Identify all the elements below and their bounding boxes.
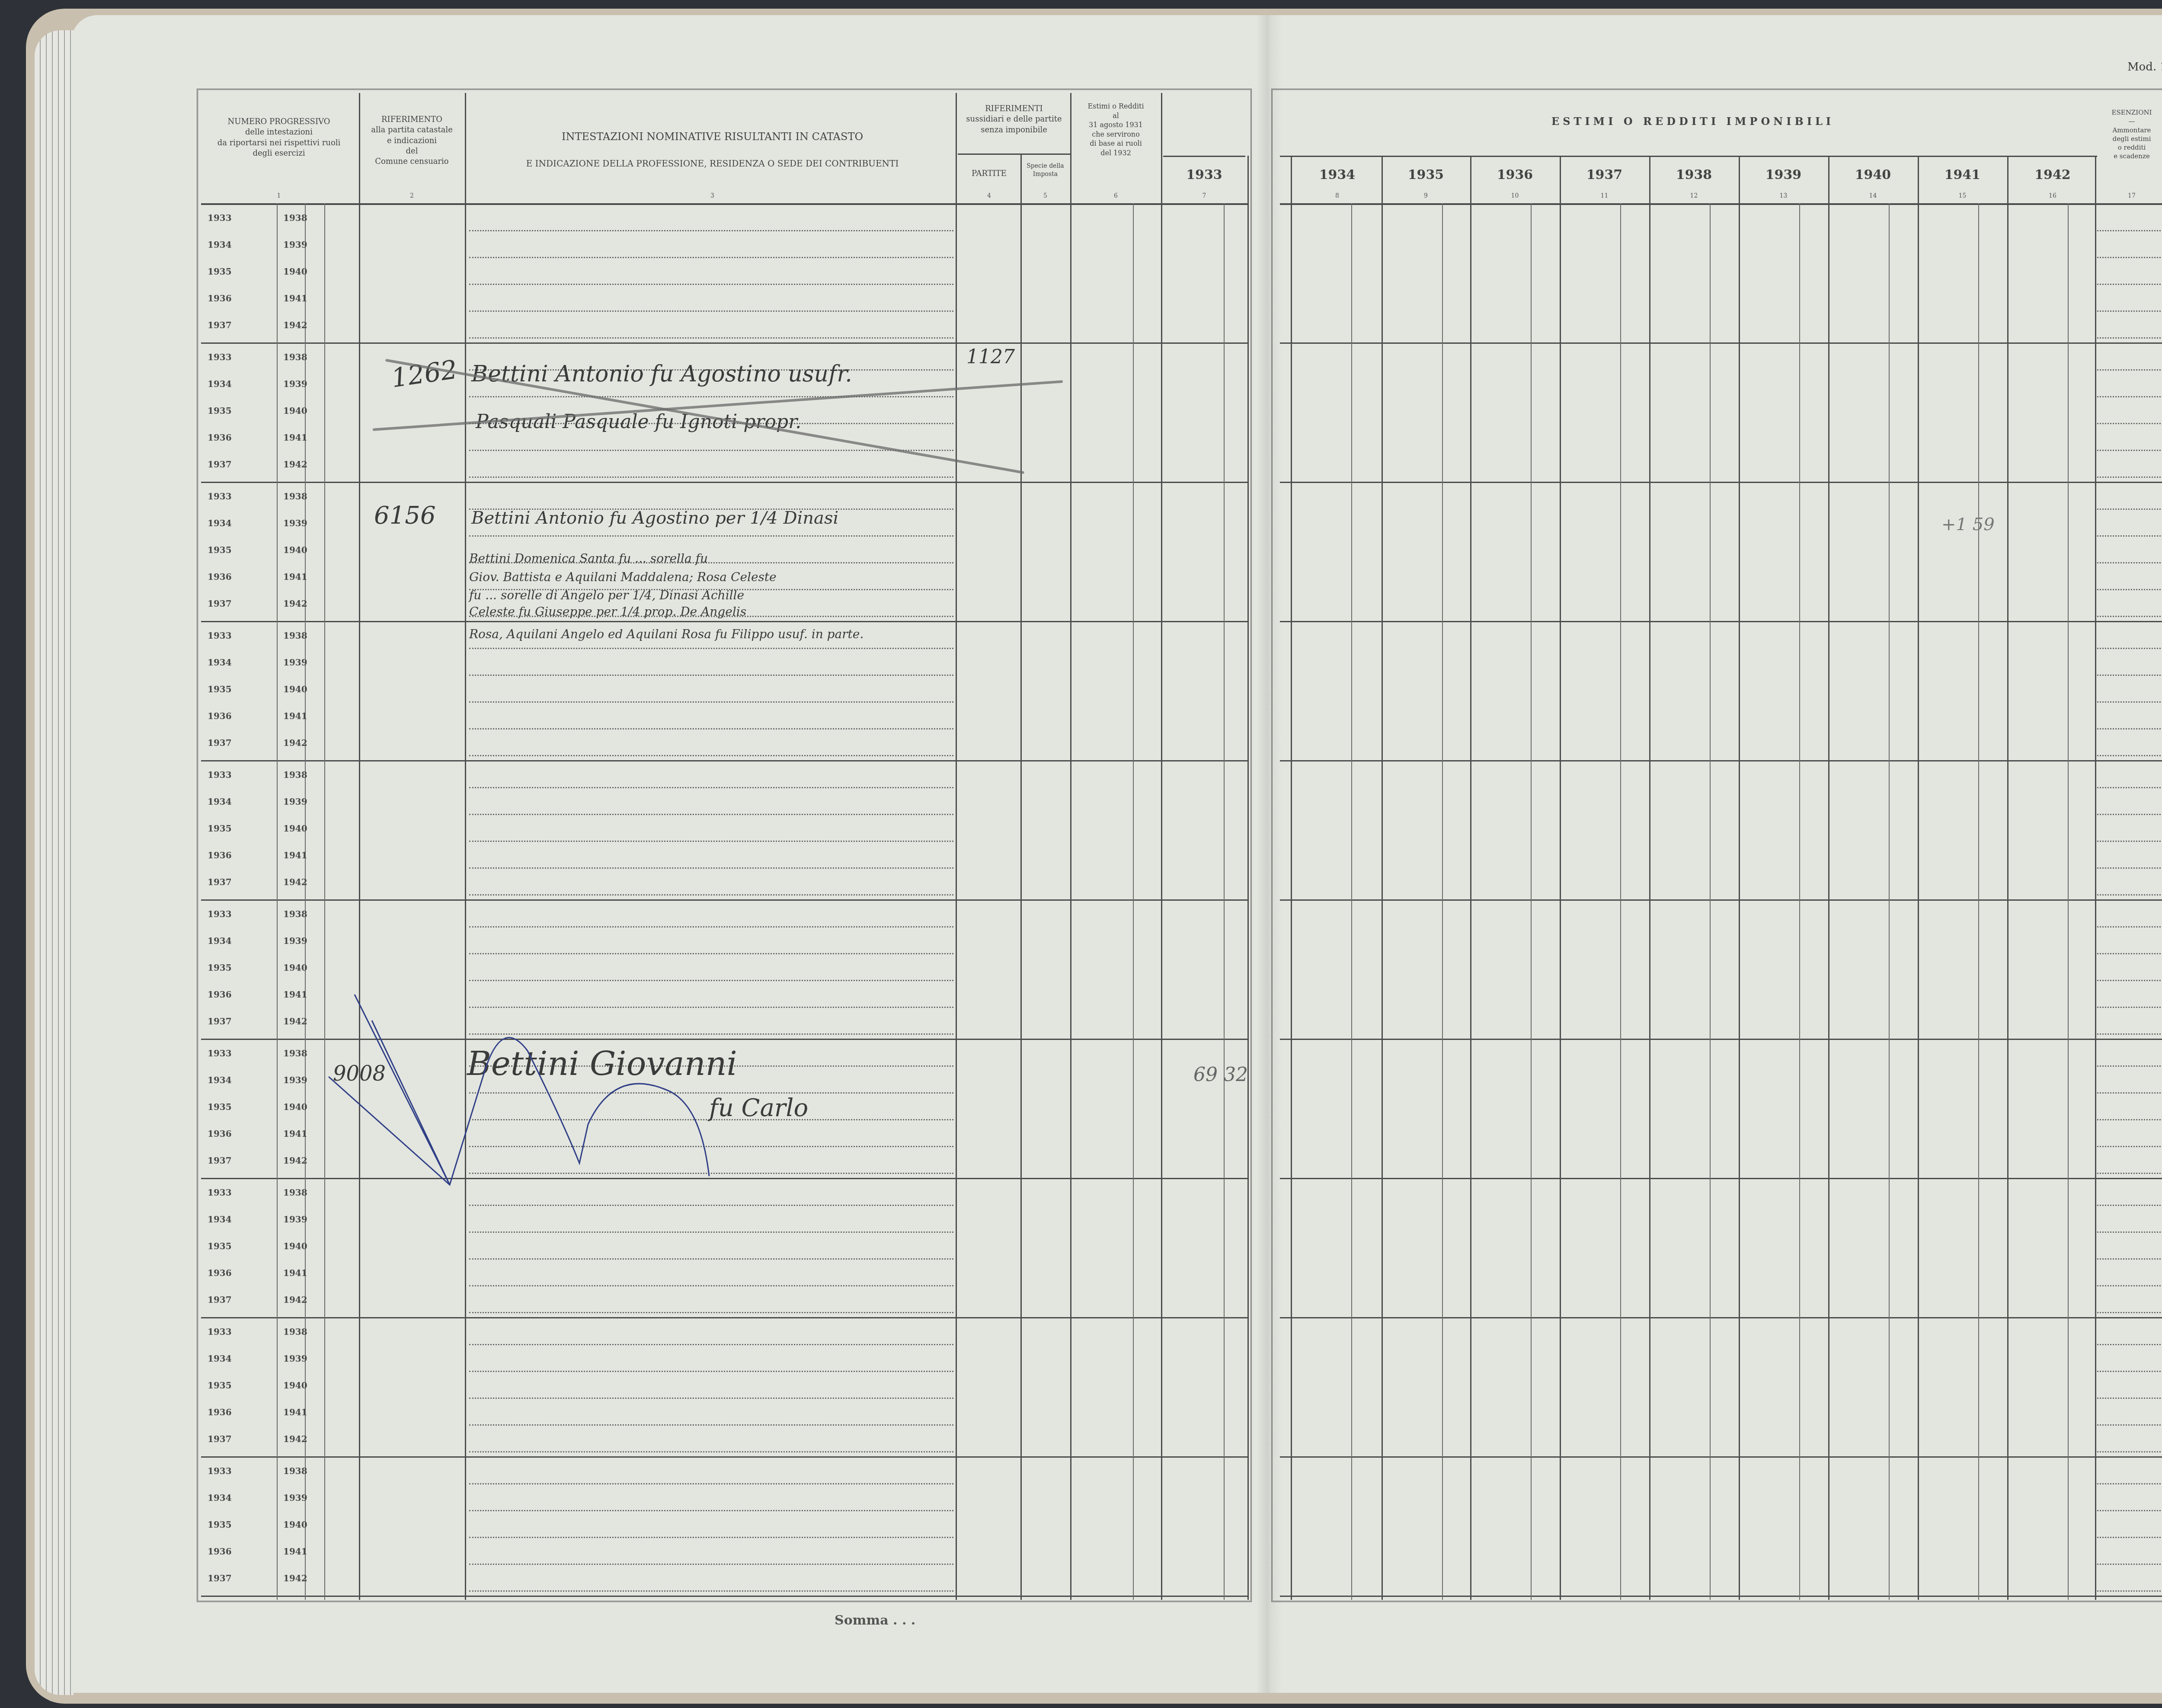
- col2-number: 2: [361, 192, 463, 199]
- entry-owner-line: Bettini Antonio fu Agostino per 1/4 Dina…: [471, 508, 838, 528]
- column-rule: [1291, 156, 1292, 1600]
- year-header-1937: 1937: [1560, 166, 1649, 184]
- dotted-entry-line: [2097, 728, 2162, 729]
- dotted-entry-line: [469, 953, 953, 954]
- row-year-label: 1939: [283, 1214, 307, 1225]
- dotted-entry-line: [2097, 675, 2162, 676]
- dotted-entry-line: [469, 1371, 953, 1372]
- row-year-label: 1933: [208, 1327, 232, 1337]
- row-year-label: 1937: [208, 1155, 232, 1166]
- col2-line: Comune censuario: [361, 157, 463, 167]
- header-bottom-rule: [201, 203, 1247, 205]
- dotted-entry-line: [2097, 841, 2162, 842]
- subheader-rule: [1280, 156, 2097, 157]
- row-year-label: 1936: [208, 711, 232, 721]
- dotted-entry-line: [469, 894, 953, 896]
- entry-owner-line: Pasquali Pasquale fu Ignoti propr.: [476, 411, 801, 433]
- row-year-label: 1937: [208, 320, 232, 330]
- row-year-label: 1935: [208, 1519, 232, 1530]
- col3-title: INTESTAZIONI NOMINATIVE RISULTANTI IN CA…: [467, 130, 958, 144]
- col2-title: RIFERIMENTO: [361, 115, 463, 125]
- col6-title: Estimi o Redditi: [1071, 102, 1160, 111]
- dotted-entry-line: [469, 814, 953, 815]
- dotted-entry-line: [2097, 814, 2162, 815]
- dotted-entry-line: [469, 648, 953, 649]
- dotted-entry-line: [469, 787, 953, 788]
- row-year-label: 1938: [283, 770, 307, 780]
- dotted-entry-line: [2097, 1483, 2162, 1484]
- row-year-label: 1940: [283, 266, 307, 277]
- col-number: 14: [1828, 192, 1918, 199]
- dotted-entry-line: [2097, 926, 2162, 928]
- row-year-label: 1938: [283, 1187, 307, 1198]
- dotted-entry-line: [2097, 787, 2162, 788]
- dotted-entry-line: [2097, 310, 2162, 312]
- dotted-entry-line: [469, 867, 953, 869]
- row-year-label: 1937: [208, 1573, 232, 1583]
- header-column-rule: [1020, 154, 1022, 203]
- row-year-label: 1942: [283, 877, 307, 887]
- row-block-rule: [1280, 899, 2162, 901]
- row-year-label: 1938: [283, 1327, 307, 1337]
- dotted-entry-line: [2097, 1371, 2162, 1372]
- dotted-entry-line: [469, 1510, 953, 1511]
- row-block-rule: [201, 899, 1247, 901]
- row-block-rule: [201, 1317, 1247, 1318]
- column-rule: [1918, 156, 1919, 1600]
- entry-owner-line: fu ... sorelle di Angelo per 1/4, Dinasi…: [469, 588, 744, 602]
- dotted-entry-line: [469, 1344, 953, 1345]
- dotted-entry-line: [2097, 1205, 2162, 1206]
- subheader-rule: [958, 154, 1070, 155]
- row-year-label: 1934: [208, 518, 232, 528]
- col2-line: alla partita catastale: [361, 125, 463, 135]
- row-year-label: 1939: [283, 796, 307, 807]
- entry-owner-line: Giov. Battista e Aquilani Maddalena; Ros…: [469, 570, 777, 584]
- row-year-label: 1935: [208, 266, 232, 277]
- row-year-label: 1941: [283, 850, 307, 860]
- dotted-entry-line: [469, 1483, 953, 1484]
- col-number: 8: [1293, 192, 1382, 199]
- dotted-entry-line: [2097, 477, 2162, 478]
- form-id-prefix: Mod. 111 - Imposte Dirette (: [2127, 61, 2162, 74]
- dotted-entry-line: [2097, 1398, 2162, 1399]
- row-year-label: 1938: [283, 213, 307, 223]
- cents-column-rule: [1978, 203, 1979, 1600]
- row-year-label: 1936: [208, 1268, 232, 1278]
- col-number: 12: [1649, 192, 1739, 199]
- column-rule: [1070, 203, 1071, 1600]
- row-year-label: 1941: [283, 711, 307, 721]
- header-column-rule: [1247, 156, 1249, 203]
- year-header-1936: 1936: [1470, 166, 1560, 184]
- dotted-entry-line: [469, 396, 953, 397]
- column-rule: [1470, 156, 1471, 1600]
- row-block-rule: [1280, 621, 2162, 622]
- row-year-label: 1942: [283, 320, 307, 330]
- column-rule: [2007, 156, 2008, 1600]
- dotted-entry-line: [469, 1285, 953, 1286]
- col-number: 9: [1382, 192, 1470, 199]
- dotted-entry-line: [2097, 867, 2162, 869]
- entry-owner-line: Rosa, Aquilani Angelo ed Aquilani Rosa f…: [469, 627, 864, 641]
- row-year-label: 1937: [208, 738, 232, 748]
- cents-column-rule: [1531, 203, 1532, 1600]
- dotted-entry-line: [2097, 1092, 2162, 1094]
- row-year-label: 1935: [208, 963, 232, 973]
- col-number: 15: [1918, 192, 2007, 199]
- cents-column-rule: [1442, 203, 1443, 1600]
- row-year-label: 1938: [283, 630, 307, 641]
- year-header-1941: 1941: [1918, 166, 2007, 184]
- row-year-label: 1935: [208, 684, 232, 694]
- dotted-entry-line: [2097, 1119, 2162, 1120]
- form-identifier: Mod. 111 - Imposte Dirette (Intercalare)…: [2127, 61, 2162, 74]
- cents-column-rule: [1710, 203, 1711, 1600]
- year-header-1935: 1935: [1382, 166, 1470, 184]
- dotted-entry-line: [2097, 1033, 2162, 1035]
- dotted-entry-line: [2097, 1258, 2162, 1260]
- dotted-entry-line: [469, 477, 953, 478]
- row-year-label: 1939: [283, 1075, 307, 1085]
- col6-line: di base ai ruoli: [1071, 139, 1160, 148]
- dotted-entry-line: [2097, 1424, 2162, 1426]
- year-header-1938: 1938: [1649, 166, 1739, 184]
- row-year-label: 1937: [208, 459, 232, 470]
- header-column-rule: [1161, 93, 1162, 203]
- row-year-label: 1934: [208, 240, 232, 250]
- dotted-entry-line: [2097, 1451, 2162, 1452]
- column-rule: [359, 203, 360, 1600]
- dotted-entry-line: [2097, 648, 2162, 649]
- cents-column-rule: [1620, 203, 1621, 1600]
- dotted-entry-line: [469, 1590, 953, 1592]
- dotted-entry-line: [2097, 257, 2162, 258]
- col1-line: delle intestazioni: [201, 127, 357, 138]
- row-year-label: 1935: [208, 545, 232, 555]
- row-year-label: 1933: [208, 1187, 232, 1198]
- dotted-entry-line: [469, 701, 953, 703]
- entry-value-1941: +1 59: [1941, 515, 1995, 534]
- col17-title: ESENZIONI: [2095, 108, 2162, 117]
- cents-column-rule: [1799, 203, 1800, 1600]
- row-year-label: 1940: [283, 1519, 307, 1530]
- column-rule: [324, 203, 325, 1600]
- col3-subtitle: E INDICAZIONE DELLA PROFESSIONE, RESIDEN…: [467, 158, 958, 170]
- dotted-entry-line: [2097, 1007, 2162, 1008]
- row-year-label: 1934: [208, 1214, 232, 1225]
- col1-title: NUMERO PROGRESSIVO: [201, 117, 357, 127]
- dotted-entry-line: [469, 337, 953, 339]
- dotted-entry-line: [469, 1537, 953, 1538]
- row-block-rule: [1280, 1039, 2162, 1040]
- column-rule: [1224, 203, 1225, 1600]
- row-block-rule: [1280, 1596, 2162, 1597]
- row-year-label: 1939: [283, 240, 307, 250]
- row-year-label: 1941: [283, 572, 307, 582]
- header-bottom-rule: [1280, 203, 2162, 205]
- row-year-label: 1941: [283, 1129, 307, 1139]
- row-year-label: 1940: [283, 823, 307, 834]
- col6-number: 6: [1071, 192, 1160, 199]
- entry-partita-number: 6156: [374, 502, 436, 530]
- row-block-rule: [201, 621, 1247, 622]
- dotted-entry-line: [2097, 396, 2162, 397]
- dotted-entry-line: [469, 728, 953, 729]
- dotted-entry-line: [2097, 450, 2162, 451]
- row-year-label: 1936: [208, 432, 232, 443]
- col1-number: 1: [201, 192, 357, 199]
- dotted-entry-line: [2097, 894, 2162, 896]
- col2-line: e indicazioni: [361, 136, 463, 146]
- row-year-label: 1933: [208, 1048, 232, 1059]
- cents-column-rule: [1351, 203, 1352, 1600]
- row-block-rule: [1280, 1178, 2162, 1179]
- col7-year: 1933: [1161, 166, 1247, 184]
- row-year-label: 1933: [208, 1466, 232, 1476]
- dotted-entry-line: [2097, 1537, 2162, 1538]
- row-year-label: 1938: [283, 491, 307, 502]
- sum-row-label: Somma . . .: [835, 1613, 915, 1628]
- dotted-entry-line: [2097, 755, 2162, 756]
- subheader-rule: [1163, 156, 1245, 157]
- column-rule: [1739, 156, 1740, 1600]
- col5-title: Specie della Imposta: [1020, 162, 1070, 179]
- row-year-label: 1933: [208, 491, 232, 502]
- row-year-label: 1939: [283, 1353, 307, 1364]
- dotted-entry-line: [469, 841, 953, 842]
- row-block-rule: [1280, 342, 2162, 344]
- row-year-label: 1942: [283, 1573, 307, 1583]
- header-column-rule: [359, 93, 360, 203]
- row-year-label: 1940: [283, 963, 307, 973]
- row-year-label: 1939: [283, 518, 307, 528]
- row-year-label: 1941: [283, 1268, 307, 1278]
- row-year-label: 1941: [283, 1546, 307, 1557]
- row-block-rule: [201, 1456, 1247, 1458]
- col2-header: RIFERIMENTO alla partita catastale e ind…: [361, 115, 463, 167]
- dotted-entry-line: [2097, 1146, 2162, 1147]
- col17-line: e scadenze: [2095, 152, 2162, 160]
- column-rule: [1828, 156, 1829, 1600]
- column-rule: [1020, 203, 1022, 1600]
- left-table-frame: [197, 89, 1252, 1602]
- row-block-rule: [201, 482, 1247, 483]
- dotted-entry-line: [2097, 589, 2162, 590]
- row-block-rule: [1280, 482, 2162, 483]
- dotted-entry-line: [469, 284, 953, 285]
- col6-line: al: [1071, 111, 1160, 121]
- row-year-label: 1935: [208, 823, 232, 834]
- row-block-rule: [201, 342, 1247, 344]
- column-rule: [1247, 203, 1249, 1600]
- dotted-entry-line: [2097, 953, 2162, 954]
- dotted-entry-line: [2097, 1344, 2162, 1345]
- row-year-label: 1938: [283, 352, 307, 362]
- header-column-rule: [465, 93, 466, 203]
- col4-title: PARTITE: [958, 169, 1020, 179]
- dotted-entry-line: [2097, 423, 2162, 424]
- row-year-label: 1936: [208, 1407, 232, 1417]
- column-rule: [1560, 156, 1561, 1600]
- column-rule: [956, 203, 957, 1600]
- dotted-entry-line: [2097, 535, 2162, 537]
- row-year-label: 1937: [208, 877, 232, 887]
- entry-value-1933: 69 32: [1193, 1064, 1248, 1086]
- cents-column-rule: [2068, 203, 2069, 1600]
- column-rule: [465, 203, 466, 1600]
- row-year-label: 1934: [208, 1075, 232, 1085]
- row-year-label: 1942: [283, 1016, 307, 1027]
- dotted-entry-line: [2097, 980, 2162, 981]
- row-year-label: 1935: [208, 406, 232, 416]
- entry-ref-partite: 1127: [966, 346, 1015, 368]
- row-year-label: 1937: [208, 1295, 232, 1305]
- year-header-1934: 1934: [1293, 166, 1382, 184]
- row-year-label: 1933: [208, 630, 232, 641]
- row-year-label: 1936: [208, 850, 232, 860]
- row-year-label: 1939: [283, 657, 307, 668]
- row-year-label: 1939: [283, 1493, 307, 1503]
- col17-line: o redditi: [2095, 143, 2162, 152]
- dotted-entry-line: [2097, 1231, 2162, 1233]
- row-block-rule: [1280, 760, 2162, 761]
- col1-line: da riportarsi nei rispettivi ruoli: [201, 138, 357, 148]
- col5-number: 5: [1020, 192, 1070, 199]
- col6-line: 31 agosto 1931: [1071, 120, 1160, 130]
- row-year-label: 1941: [283, 1407, 307, 1417]
- row-year-label: 1940: [283, 1380, 307, 1391]
- row-year-label: 1935: [208, 1241, 232, 1251]
- blue-cancellation-mark: [320, 982, 882, 1198]
- col-number: 10: [1470, 192, 1560, 199]
- dotted-entry-line: [2097, 509, 2162, 510]
- row-year-label: 1933: [208, 352, 232, 362]
- col6-line: che servirono: [1071, 130, 1160, 139]
- row-year-label: 1933: [208, 770, 232, 780]
- row-year-label: 1940: [283, 1241, 307, 1251]
- dotted-entry-line: [469, 257, 953, 258]
- row-block-rule: [201, 760, 1247, 761]
- dotted-entry-line: [2097, 1285, 2162, 1286]
- dotted-entry-line: [469, 1451, 953, 1452]
- row-year-label: 1937: [208, 598, 232, 609]
- row-year-label: 1941: [283, 989, 307, 1000]
- col6-line: del 1932: [1071, 148, 1160, 158]
- row-year-label: 1936: [208, 572, 232, 582]
- row-year-label: 1936: [208, 293, 232, 304]
- estimi-group-title: ESTIMI O REDDITI IMPONIBILI: [1293, 115, 2093, 128]
- row-year-label: 1934: [208, 657, 232, 668]
- entry-owner-line: Bettini Domenica Santa fu ... sorella fu: [469, 551, 708, 566]
- dotted-entry-line: [2097, 1312, 2162, 1313]
- dotted-entry-line: [469, 535, 953, 537]
- dotted-entry-line: [2097, 562, 2162, 563]
- row-block-rule: [201, 1596, 1247, 1597]
- dotted-entry-line: [469, 926, 953, 928]
- year-header-1939: 1939: [1739, 166, 1828, 184]
- year-header-1942: 1942: [2007, 166, 2098, 184]
- row-year-label: 1934: [208, 936, 232, 946]
- col3-number: 3: [467, 192, 958, 199]
- dotted-entry-line: [2097, 1590, 2162, 1592]
- entry-owner-line: Bettini Antonio fu Agostino usufr.: [471, 361, 852, 387]
- dotted-entry-line: [469, 675, 953, 676]
- column-rule: [1133, 203, 1134, 1600]
- entry-owner-line: Celeste fu Giuseppe per 1/4 prop. De Ang…: [469, 605, 746, 619]
- row-year-label: 1940: [283, 545, 307, 555]
- col1-header: NUMERO PROGRESSIVO delle intestazioni da…: [201, 117, 357, 159]
- col17-dash: —: [2095, 117, 2162, 125]
- dotted-entry-line: [469, 1312, 953, 1313]
- row-year-label: 1936: [208, 989, 232, 1000]
- row-year-label: 1940: [283, 1102, 307, 1112]
- column-rule: [1649, 156, 1650, 1600]
- row-year-label: 1938: [283, 1048, 307, 1059]
- row-year-label: 1934: [208, 379, 232, 389]
- col17-number: 17: [2095, 192, 2162, 199]
- dotted-entry-line: [2097, 337, 2162, 339]
- dotted-entry-line: [469, 310, 953, 312]
- dotted-entry-line: [2097, 616, 2162, 617]
- row-year-label: 1934: [208, 1353, 232, 1364]
- dotted-entry-line: [469, 755, 953, 756]
- col4-5-group-header: RIFERIMENTI sussidiari e delle partite s…: [958, 104, 1070, 135]
- row-year-label: 1933: [208, 213, 232, 223]
- col1-line: degli esercizi: [201, 148, 357, 159]
- right-table-frame: [1271, 89, 2162, 1602]
- row-year-label: 1941: [283, 293, 307, 304]
- dotted-entry-line: [469, 1205, 953, 1206]
- dotted-entry-line: [469, 980, 953, 981]
- col4-number: 4: [958, 192, 1020, 199]
- row-year-label: 1939: [283, 379, 307, 389]
- column-rule: [1161, 203, 1162, 1600]
- column-rule: [277, 203, 278, 1600]
- col-number: 11: [1560, 192, 1649, 199]
- dotted-entry-line: [2097, 230, 2162, 231]
- row-year-label: 1935: [208, 1102, 232, 1112]
- dotted-entry-line: [469, 450, 953, 451]
- row-year-label: 1934: [208, 1493, 232, 1503]
- col6-header: Estimi o Redditi al 31 agosto 1931 che s…: [1071, 102, 1160, 158]
- row-block-rule: [1280, 1317, 2162, 1318]
- dotted-entry-line: [2097, 1065, 2162, 1067]
- dotted-entry-line: [2097, 369, 2162, 371]
- row-block-rule: [1280, 1456, 2162, 1458]
- dotted-entry-line: [2097, 284, 2162, 285]
- col-number: 13: [1739, 192, 1828, 199]
- row-year-label: 1940: [283, 684, 307, 694]
- dotted-entry-line: [469, 1231, 953, 1233]
- col17-header: ESENZIONI — Ammontare degli estimi o red…: [2095, 108, 2162, 161]
- dotted-entry-line: [469, 230, 953, 231]
- header-column-rule: [956, 93, 957, 203]
- row-year-label: 1938: [283, 1466, 307, 1476]
- dotted-entry-line: [469, 1398, 953, 1399]
- row-year-label: 1933: [208, 909, 232, 919]
- col4-5-line: sussidiari e delle partite: [958, 114, 1070, 125]
- row-year-label: 1940: [283, 406, 307, 416]
- col-number: 16: [2007, 192, 2098, 199]
- dotted-entry-line: [469, 1424, 953, 1426]
- dotted-entry-line: [2097, 701, 2162, 703]
- row-year-label: 1942: [283, 1155, 307, 1166]
- dotted-entry-line: [2097, 1173, 2162, 1174]
- row-year-label: 1942: [283, 598, 307, 609]
- column-rule: [2095, 156, 2096, 1600]
- row-year-label: 1934: [208, 796, 232, 807]
